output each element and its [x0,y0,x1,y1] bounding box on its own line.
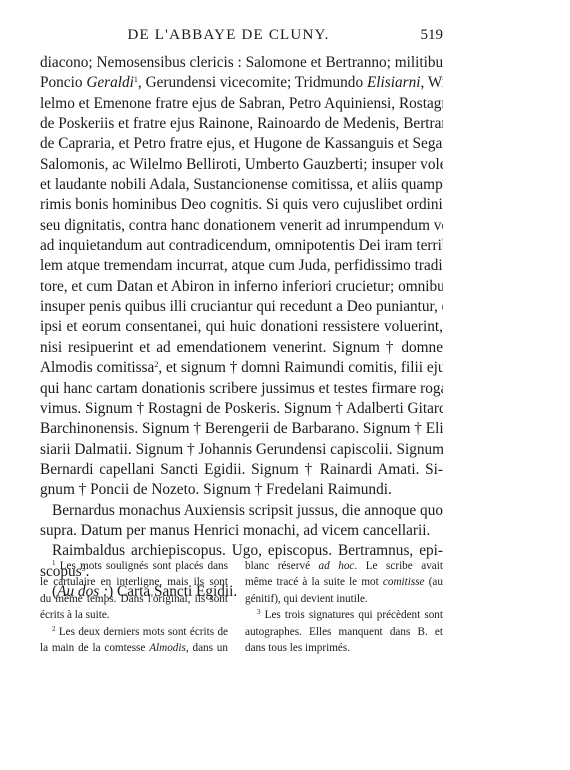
text-run: Bernardus monachus Auxiensis scripsit ju… [52,502,443,519]
text-line: Poncio Geraldi1, Gerundensi vicecomite; … [40,73,443,93]
text-run: Bernardi capellani Sancti Egidii. Signum… [40,461,443,478]
text-run: du même temps. Dans l'original, ils sont [40,593,228,605]
footnote-line: dans tous les imprimés. [245,640,443,656]
text-run: le cartulaire en interligne, mais ils so… [40,576,228,588]
footnote-line: blanc réservé ad hoc. Le scribe avait [245,558,443,574]
page-number: 519 [421,27,444,44]
text-run: Poncio [40,74,86,91]
text-line: rimis bonis hominibus Deo cognitis. Si q… [40,195,443,215]
text-run: supra. Datum per manus Henrici monachi, … [40,522,430,539]
text-run: siarii Dalmatii. Signum † Johannis Gerun… [40,441,443,458]
text-line: nisi resipuerint et ad emendationem vene… [40,338,443,358]
text-line: de Poskeriis et fratre ejus Rainone, Rai… [40,114,443,134]
footnote-line: génitif), qui devient inutile. [245,591,443,607]
text-line: Barchinonensis. Signum † Berengerii de B… [40,419,443,439]
text-line: qui hanc cartam donationis scribere juss… [40,379,443,399]
text-run: Almodis comitissa [40,359,154,376]
text-line: lelmo et Emenone fratre ejus de Sabran, … [40,94,443,114]
text-run: . Le scribe avait [354,560,443,572]
text-run: ad inquietandum aut contradicendum, omni… [40,237,443,254]
text-run: blanc réservé [245,560,319,572]
text-run: Barchinonensis. Signum † Berengerii de B… [40,420,443,437]
text-line: tore, et cum Datan et Abiron in inferno … [40,277,443,297]
text-run: insuper penis quibus illi cruciantur qui… [40,298,443,315]
text-line: Bernardus monachus Auxiensis scripsit ju… [40,501,443,521]
text-line: ipsi et eorum consentanei, qui huic dona… [40,317,443,337]
footnote-line: le cartulaire en interligne, mais ils so… [40,574,228,590]
text-run: la main de la comtesse [40,642,149,654]
footnote-line: autographes. Elles manquent dans B. et [245,624,443,640]
text-line: lem atque tremendam incurrat, atque cum … [40,256,443,276]
text-line: insuper penis quibus illi cruciantur qui… [40,297,443,317]
text-run: qui hanc cartam donationis scribere juss… [40,380,443,397]
main-text: diacono; Nemosensibus clericis : Salomon… [40,53,443,602]
text-run: rimis bonis hominibus Deo cognitis. Si q… [40,196,443,213]
footnote-line: 2 Les deux derniers mots sont écrits de [40,624,228,640]
text-run: lem atque tremendam incurrat, atque cum … [40,257,443,274]
running-header: DE L'ABBAYE DE CLUNY. 519 [40,27,443,47]
text-run: (au [425,576,443,588]
footnotes-left-column: 1 Les mots soulignés sont placés dansle … [40,558,228,656]
text-run: , et signum † domni Raimundi comitis, fi… [158,359,443,376]
text-run: même tracé à la suite le mot [245,576,383,588]
text-line: Salomonis, ac Wilelmo Belliroti, Umberto… [40,155,443,175]
footnote-line: même tracé à la suite le mot comitisse (… [245,574,443,590]
text-run: Les trois signatures qui précèdent sont [261,609,444,621]
text-run: lelmo et Emenone fratre ejus de Sabran, … [40,95,443,112]
text-run: Les deux derniers mots sont écrits de [56,626,229,638]
text-run: , dans un [186,642,228,654]
text-run: , Gerundensi vicecomite; Tridmundo [138,74,367,91]
running-title: DE L'ABBAYE DE CLUNY. [40,27,443,44]
text-line: siarii Dalmatii. Signum † Johannis Gerun… [40,440,443,460]
text-run: de Capraria, et Petro fratre ejus, et Hu… [40,135,443,152]
text-line: diacono; Nemosensibus clericis : Salomon… [40,53,443,73]
text-run: nisi resipuerint et ad emendationem vene… [40,339,443,356]
text-line: vimus. Signum † Rostagni de Poskeris. Si… [40,399,443,419]
italic-text: Elisiarni [367,74,421,91]
text-run: vimus. Signum † Rostagni de Poskeris. Si… [40,400,443,417]
text-run: Salomonis, ac Wilelmo Belliroti, Umberto… [40,156,443,173]
text-run: seu dignitatis, contra hanc donationem v… [40,217,443,234]
text-run: dans tous les imprimés. [245,642,350,654]
text-run: et laudante nobili Adala, Sustancionense… [40,176,443,193]
text-line: ad inquietandum aut contradicendum, omni… [40,236,443,256]
italic-text: comitisse [383,576,425,588]
footnote-line: du même temps. Dans l'original, ils sont [40,591,228,607]
text-run: Les mots soulignés sont placés dans [56,560,229,572]
text-run: autographes. Elles manquent dans B. et [245,626,443,638]
footnote-line: 3 Les trois signatures qui précèdent son… [245,607,443,623]
text-line: seu dignitatis, contra hanc donationem v… [40,216,443,236]
text-line: de Capraria, et Petro fratre ejus, et Hu… [40,134,443,154]
text-run: écrits à la suite. [40,609,110,621]
text-line: supra. Datum per manus Henrici monachi, … [40,521,443,541]
italic-text: ad hoc [319,560,355,572]
text-line: Almodis comitissa2, et signum † domni Ra… [40,358,443,378]
text-run: ipsi et eorum consentanei, qui huic dona… [40,318,443,335]
footnote-line: écrits à la suite. [40,607,228,623]
text-run: gnum † Poncii de Nozeto. Signum † Fredel… [40,481,392,498]
italic-text: Almodis [149,642,186,654]
text-run: tore, et cum Datan et Abiron in inferno … [40,278,443,295]
text-line: Bernardi capellani Sancti Egidii. Signum… [40,460,443,480]
footnotes-right-column: blanc réservé ad hoc. Le scribe avaitmêm… [245,558,443,656]
footnote-line: 1 Les mots soulignés sont placés dans [40,558,228,574]
footnote-line: la main de la comtesse Almodis, dans un [40,640,228,656]
text-line: et laudante nobili Adala, Sustancionense… [40,175,443,195]
text-run: , Wi- [420,74,443,91]
text-run: diacono; Nemosensibus clericis : Salomon… [40,54,443,71]
italic-text: Geraldi [86,74,134,91]
text-line: gnum † Poncii de Nozeto. Signum † Fredel… [40,480,443,500]
text-run: Raimbaldus archiepiscopus. Ugo, episcopu… [52,542,443,559]
text-run: génitif), qui devient inutile. [245,593,368,605]
text-run: de Poskeriis et fratre ejus Rainone, Rai… [40,115,443,132]
